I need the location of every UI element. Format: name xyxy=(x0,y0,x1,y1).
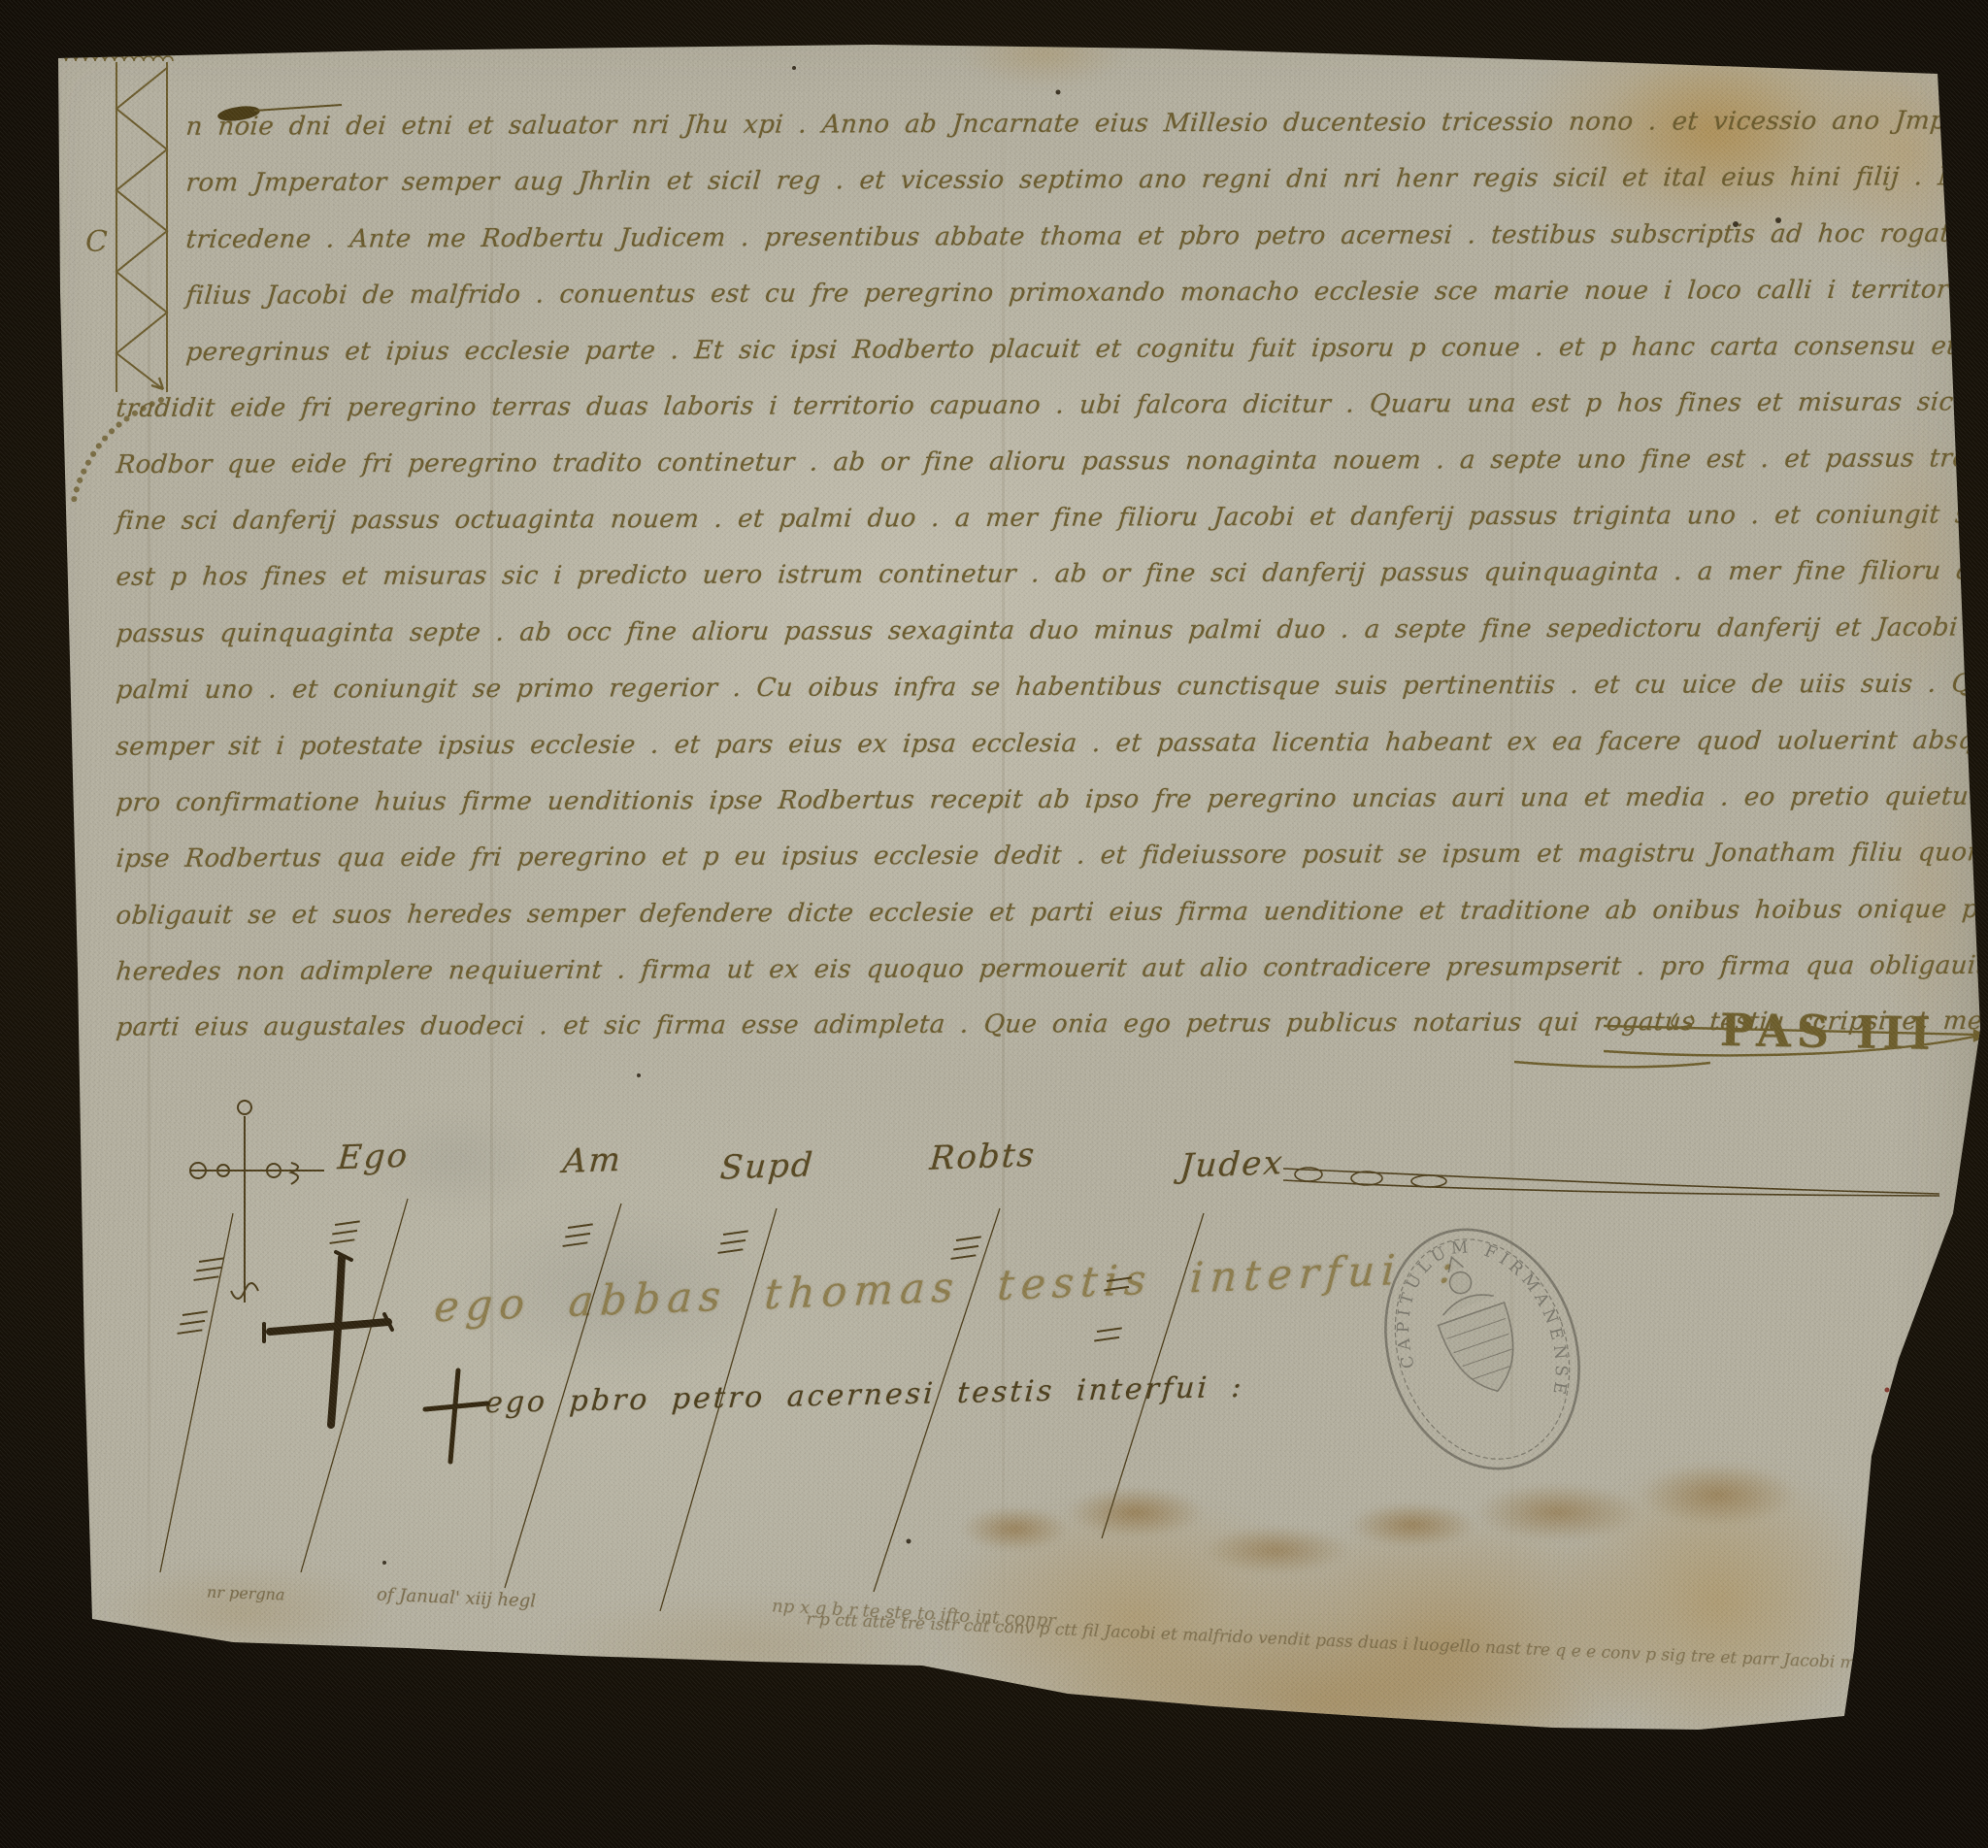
charter-line: est p hos fines et misuras sic i predict… xyxy=(115,555,1988,592)
charter-line: passus quinquaginta septe . ab occ fine … xyxy=(115,611,1988,648)
charter-line: rom Jmperator semper aug Jhrlin et sicil… xyxy=(184,161,1988,197)
judex-flourish-line xyxy=(1283,1168,1939,1196)
priest-cross xyxy=(425,1370,487,1462)
notary-sign-text: PAS III xyxy=(1720,1004,1938,1060)
charter-line: Rodbor que eide fri peregrino tradito co… xyxy=(115,443,1988,479)
parchment: n noie dni dei etni et saluator nri Jhu … xyxy=(0,0,1988,1848)
stain-top-mid xyxy=(961,19,1126,87)
charter-line: fine sci danferij passus octuaginta noue… xyxy=(115,499,1988,536)
stain-rim xyxy=(961,1506,1068,1551)
charter-line: filius Jacobi de malfrido . conuentus es… xyxy=(184,274,1988,311)
stain-rim xyxy=(1349,1502,1475,1547)
lattice-arrow xyxy=(151,378,163,389)
stain-rim xyxy=(1068,1487,1204,1537)
ornate-signum-cross xyxy=(190,1101,324,1303)
stain-rim xyxy=(1204,1526,1349,1574)
charter-line: peregrinus et ipius ecclesie parte . Et … xyxy=(184,330,1988,367)
charter-line: heredes non adimplere nequiuerint . firm… xyxy=(115,948,1988,986)
stain-rim xyxy=(1475,1483,1640,1541)
signature-word: Am xyxy=(562,1140,624,1181)
lattice-zigzag xyxy=(116,68,167,389)
stain-bottom-lobe3 xyxy=(1553,1456,1883,1747)
charter-line: semper sit i potestate ipsius ecclesie .… xyxy=(115,723,1988,761)
charter-line: palmi uno . et coniungit se primo regeri… xyxy=(115,668,1988,706)
signature-word: Judex xyxy=(1178,1143,1285,1186)
abbot-cross xyxy=(264,1252,392,1425)
charter-line: tricedene . Ante me Rodbertu Judicem . p… xyxy=(184,217,1988,254)
charter-line: n noie dni dei etni et saluator nri Jhu … xyxy=(184,105,1988,142)
charter-line: tradidit eide fri peregrino terras duas … xyxy=(115,386,1988,423)
signature-word: Robts xyxy=(928,1136,1037,1178)
chain-stitch-top xyxy=(37,56,173,61)
charter-photograph: n noie dni dei etni et saluator nri Jhu … xyxy=(0,0,1988,1848)
archival-note: of Janual' xiij hegl xyxy=(377,1585,537,1612)
charter-line: ipse Rodbertus qua eide fri peregrino et… xyxy=(115,837,1988,874)
marginal-initial: C xyxy=(85,225,108,259)
signature-word: Ego xyxy=(336,1137,410,1178)
archival-note: r p ctt atte tre istr cat conv p ctt fil… xyxy=(806,1609,1902,1674)
chirograph-lattice-band xyxy=(37,56,173,501)
priest-subscription: ego pbro petro acernesi testis interfui … xyxy=(484,1370,1245,1420)
abbot-subscription: ego abbas thomas testis interfui : xyxy=(433,1244,1462,1333)
stain-rim xyxy=(1640,1464,1796,1526)
lattice-verticals xyxy=(116,62,167,392)
signature-word: Supd xyxy=(718,1145,815,1187)
charter-line: obligauit se et suos heredes semper defe… xyxy=(115,892,1988,930)
charter-line: pro confirmatione huius firme uenditioni… xyxy=(115,780,1988,818)
stain-bottom-left xyxy=(97,1563,388,1660)
archival-note: nr pergna xyxy=(207,1583,285,1604)
charter-line: parti eius augustales duodeci . et sic f… xyxy=(115,1006,1988,1041)
